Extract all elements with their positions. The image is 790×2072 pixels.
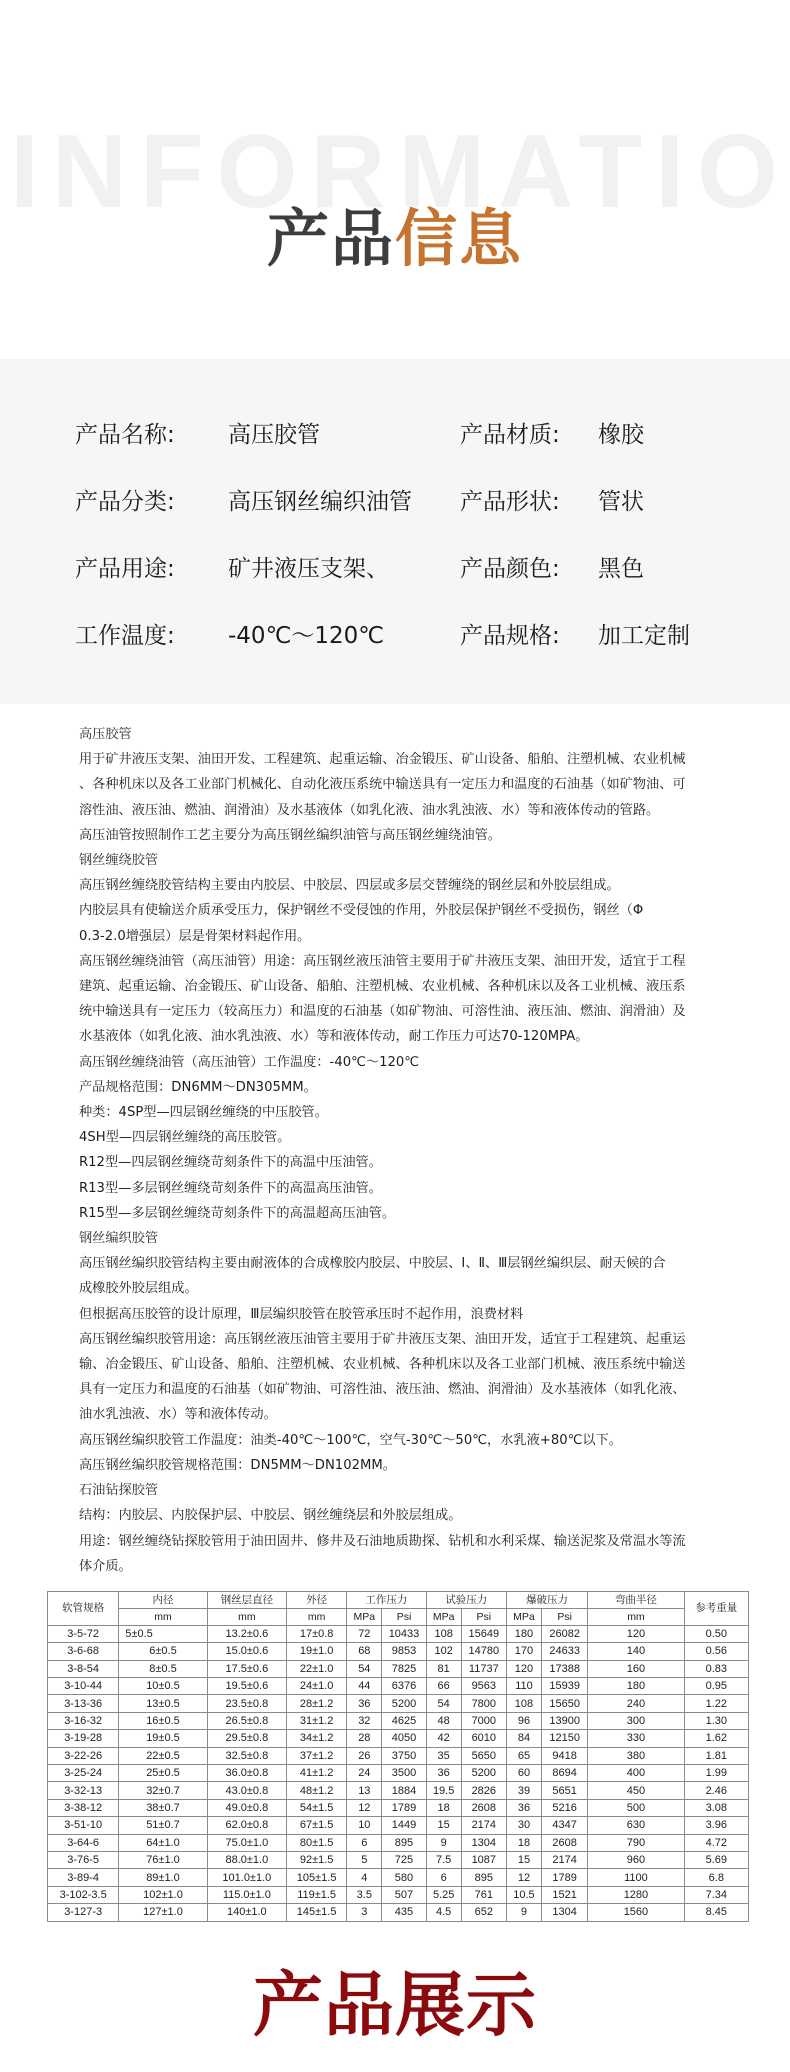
- table-row: 3-127-3127±1.0140±1.0145±1.534354.565291…: [48, 1904, 749, 1921]
- table-cell: 180: [506, 1625, 541, 1642]
- table-cell: 0.50: [684, 1625, 748, 1642]
- spec-label: 产品颜色:: [460, 550, 560, 583]
- unit-psi: Psi: [461, 1608, 506, 1625]
- table-cell: 3500: [382, 1765, 426, 1782]
- table-row: 3-22-2622±0.532.5±0.837±1.22637503556506…: [48, 1747, 749, 1764]
- table-cell: 28: [347, 1730, 382, 1747]
- table-cell: 895: [382, 1834, 426, 1851]
- info-hero: INFORMATION 产品信息: [0, 0, 790, 359]
- desc-line: 高压钢丝编织胶管用途：高压钢丝液压油管主要用于矿井液压支架、油田开发，适宜于工程…: [79, 1327, 730, 1352]
- col-header-test: 试验压力: [426, 1591, 506, 1608]
- table-body: 3-5-725±0.513.2±0.617±0.8721043310815649…: [48, 1625, 749, 1921]
- product-spec-panel: 产品名称: 高压胶管 产品材质: 橡胶 产品分类: 高压钢丝编织油管 产品形状:…: [0, 359, 790, 704]
- table-cell: 24: [347, 1765, 382, 1782]
- table-cell: 108: [426, 1625, 461, 1642]
- table-cell: 15939: [542, 1678, 588, 1695]
- table-cell: 32±0.7: [119, 1782, 207, 1799]
- table-cell: 140±1.0: [207, 1904, 286, 1921]
- desc-line: 高压钢丝缠绕油管（高压油管）工作温度：-40℃～120℃: [79, 1050, 730, 1075]
- table-cell: 54±1.5: [287, 1799, 347, 1816]
- table-cell: 3-19-28: [48, 1730, 119, 1747]
- table-cell: 127±1.0: [119, 1904, 207, 1921]
- table-cell: 13900: [542, 1712, 588, 1729]
- table-cell: 3-127-3: [48, 1904, 119, 1921]
- unit-psi: Psi: [382, 1608, 426, 1625]
- table-cell: 1.22: [684, 1695, 748, 1712]
- spec-value: 高压钢丝编织油管: [228, 483, 412, 516]
- table-cell: 120: [588, 1625, 684, 1642]
- table-cell: 26.5±0.8: [207, 1712, 286, 1729]
- table-cell: 140: [588, 1643, 684, 1660]
- table-cell: 17388: [542, 1660, 588, 1677]
- table-cell: 960: [588, 1851, 684, 1868]
- table-cell: 80±1.5: [287, 1834, 347, 1851]
- table-subheader-row: mm mm mm MPa Psi MPa Psi MPa Psi mm: [48, 1608, 749, 1625]
- table-cell: 3750: [382, 1747, 426, 1764]
- table-cell: 380: [588, 1747, 684, 1764]
- table-cell: 145±1.5: [287, 1904, 347, 1921]
- table-cell: 3-51-10: [48, 1817, 119, 1834]
- table-cell: 3-10-44: [48, 1678, 119, 1695]
- unit-mpa: MPa: [347, 1608, 382, 1625]
- table-cell: 1521: [542, 1886, 588, 1903]
- table-cell: 15650: [542, 1695, 588, 1712]
- table-cell: 13±0.5: [119, 1695, 207, 1712]
- table-cell: 15: [506, 1851, 541, 1868]
- table-cell: 25±0.5: [119, 1765, 207, 1782]
- table-cell: 102: [426, 1643, 461, 1660]
- table-cell: 1.99: [684, 1765, 748, 1782]
- table-cell: 13.2±0.6: [207, 1625, 286, 1642]
- table-cell: 75.0±1.0: [207, 1834, 286, 1851]
- table-row: 3-19-2819±0.529.5±0.834±1.22840504260108…: [48, 1730, 749, 1747]
- spec-label: 工作温度:: [75, 617, 175, 650]
- table-cell: 11737: [461, 1660, 506, 1677]
- table-cell: 895: [461, 1869, 506, 1886]
- table-cell: 1280: [588, 1886, 684, 1903]
- table-cell: 7800: [461, 1695, 506, 1712]
- table-cell: 400: [588, 1765, 684, 1782]
- table-cell: 9: [506, 1904, 541, 1921]
- table-cell: 39: [506, 1782, 541, 1799]
- table-cell: 3-6-68: [48, 1643, 119, 1660]
- desc-heading: 高压胶管: [79, 722, 730, 747]
- table-cell: 48±1.2: [287, 1782, 347, 1799]
- table-row: 3-6-686±0.515.0±0.619±1.0689853102147801…: [48, 1643, 749, 1660]
- table-cell: 6376: [382, 1678, 426, 1695]
- col-header-burst: 爆破压力: [506, 1591, 587, 1608]
- table-cell: 3.5: [347, 1886, 382, 1903]
- table-cell: 3.08: [684, 1799, 748, 1816]
- table-cell: 92±1.5: [287, 1851, 347, 1868]
- table-cell: 240: [588, 1695, 684, 1712]
- unit-mm: mm: [588, 1608, 684, 1625]
- table-cell: 7000: [461, 1712, 506, 1729]
- table-cell: 68: [347, 1643, 382, 1660]
- table-cell: 3-76-5: [48, 1851, 119, 1868]
- desc-heading: 钢丝缠绕胶管: [79, 848, 730, 873]
- table-cell: 15649: [461, 1625, 506, 1642]
- table-cell: 64±1.0: [119, 1834, 207, 1851]
- table-cell: 51±0.7: [119, 1817, 207, 1834]
- desc-line: 油水乳浊液、水）等和液体传动。: [79, 1402, 730, 1427]
- table-row: 3-8-548±0.517.5±0.622±1.0547825811173712…: [48, 1660, 749, 1677]
- table-cell: 29.5±0.8: [207, 1730, 286, 1747]
- table-cell: 9853: [382, 1643, 426, 1660]
- table-cell: 81: [426, 1660, 461, 1677]
- table-cell: 15.0±0.6: [207, 1643, 286, 1660]
- desc-line: 高压油管按照制作工艺主要分为高压钢丝编织油管与高压钢丝缠绕油管。: [79, 823, 730, 848]
- table-cell: 2608: [542, 1834, 588, 1851]
- section-title-accent: 信息: [395, 202, 523, 275]
- table-cell: 500: [588, 1799, 684, 1816]
- table-cell: 88.0±1.0: [207, 1851, 286, 1868]
- table-cell: 54: [347, 1660, 382, 1677]
- desc-line: 但根据高压胶管的设计原理，Ⅲ层编织胶管在胶管承压时不起作用，浪费材料: [79, 1302, 730, 1327]
- table-cell: 6: [347, 1834, 382, 1851]
- table-row: 3-5-725±0.513.2±0.617±0.8721043310815649…: [48, 1625, 749, 1642]
- table-cell: 41±1.2: [287, 1765, 347, 1782]
- desc-line: R12型—四层钢丝缠绕苛刻条件下的高温中压油管。: [79, 1150, 730, 1175]
- desc-line: 高压钢丝编织胶管结构主要由耐液体的合成橡胶内胶层、中胶层、Ⅰ、Ⅱ、Ⅲ层钢丝编织层…: [79, 1251, 730, 1276]
- unit-mpa: MPa: [426, 1608, 461, 1625]
- table-cell: 34±1.2: [287, 1730, 347, 1747]
- desc-line: 用途：钢丝缠绕钻探胶管用于油田固井、修井及石油地质勘探、钻机和水利采煤、输送泥浆…: [79, 1529, 730, 1554]
- table-cell: 96: [506, 1712, 541, 1729]
- desc-line: 高压钢丝缠绕胶管结构主要由内胶层、中胶层、四层或多层交替缠绕的钢丝层和外胶层组成…: [79, 873, 730, 898]
- table-cell: 17±0.8: [287, 1625, 347, 1642]
- spec-value: 加工定制: [598, 617, 690, 650]
- table-cell: 3-38-12: [48, 1799, 119, 1816]
- table-cell: 3-102-3.5: [48, 1886, 119, 1903]
- desc-line: 、各种机床以及各工业部门机械化、自动化液压系统中输送具有一定压力和温度的石油基（…: [79, 772, 730, 797]
- spec-value: 橡胶: [598, 416, 644, 449]
- spec-label: 产品材质:: [460, 416, 560, 449]
- table-cell: 3-13-36: [48, 1695, 119, 1712]
- table-cell: 9: [426, 1834, 461, 1851]
- table-cell: 65: [506, 1747, 541, 1764]
- spec-label: 产品规格:: [460, 617, 560, 650]
- table-cell: 6010: [461, 1730, 506, 1747]
- spec-table-container: 软管规格 内径 钢丝层直径 外径 工作压力 试验压力 爆破压力 弯曲半径 参考重…: [47, 1591, 749, 1922]
- table-cell: 10: [347, 1817, 382, 1834]
- desc-line: 高压钢丝缠绕油管（高压油管）用途：高压钢丝液压油管主要用于矿井液压支架、油田开发…: [79, 949, 730, 974]
- table-cell: 36: [426, 1765, 461, 1782]
- table-row: 3-89-489±1.0101.0±1.0105±1.5458068951217…: [48, 1869, 749, 1886]
- desc-line: 种类：4SP型—四层钢丝缠绕的中压胶管。: [79, 1100, 730, 1125]
- table-cell: 38±0.7: [119, 1799, 207, 1816]
- table-cell: 160: [588, 1660, 684, 1677]
- table-cell: 49.0±0.8: [207, 1799, 286, 1816]
- table-cell: 8694: [542, 1765, 588, 1782]
- table-row: 3-51-1051±0.762.0±0.867±1.51014491521743…: [48, 1817, 749, 1834]
- table-cell: 790: [588, 1834, 684, 1851]
- showcase-title: 产品展示: [0, 1970, 790, 2040]
- table-cell: 3-16-32: [48, 1712, 119, 1729]
- table-cell: 507: [382, 1886, 426, 1903]
- table-cell: 1449: [382, 1817, 426, 1834]
- table-cell: 761: [461, 1886, 506, 1903]
- spec-row: 产品分类: 高压钢丝编织油管 产品形状: 管状: [0, 483, 790, 523]
- unit-psi: Psi: [542, 1608, 588, 1625]
- spec-table: 软管规格 内径 钢丝层直径 外径 工作压力 试验压力 爆破压力 弯曲半径 参考重…: [47, 1591, 749, 1922]
- desc-line: 结构：内胶层、内胶保护层、中胶层、钢丝缠绕层和外胶层组成。: [79, 1503, 730, 1528]
- table-row: 3-25-2425±0.536.0±0.841±1.22435003652006…: [48, 1765, 749, 1782]
- spec-label: 产品名称:: [75, 416, 175, 449]
- unit-mm: mm: [207, 1608, 286, 1625]
- spec-row: 产品用途: 矿井液压支架、 产品颜色: 黑色: [0, 550, 790, 590]
- table-cell: 26082: [542, 1625, 588, 1642]
- table-cell: 10.5: [506, 1886, 541, 1903]
- table-row: 3-38-1238±0.749.0±0.854±1.51217891826083…: [48, 1799, 749, 1816]
- desc-heading: 石油钻探胶管: [79, 1478, 730, 1503]
- table-cell: 3-32-13: [48, 1782, 119, 1799]
- table-cell: 32.5±0.8: [207, 1747, 286, 1764]
- table-cell: 4625: [382, 1712, 426, 1729]
- table-cell: 4.72: [684, 1834, 748, 1851]
- table-cell: 5.25: [426, 1886, 461, 1903]
- product-showcase-header: 产品展示: [0, 1922, 790, 2072]
- table-cell: 2174: [461, 1817, 506, 1834]
- spec-row: 工作温度: -40℃～120℃ 产品规格: 加工定制: [0, 617, 790, 657]
- spec-label: 产品分类:: [75, 483, 175, 516]
- table-cell: 14780: [461, 1643, 506, 1660]
- table-cell: 5651: [542, 1782, 588, 1799]
- table-cell: 19±0.5: [119, 1730, 207, 1747]
- table-cell: 6.8: [684, 1869, 748, 1886]
- spec-row: 产品名称: 高压胶管 产品材质: 橡胶: [0, 416, 790, 456]
- table-cell: 13: [347, 1782, 382, 1799]
- table-cell: 5650: [461, 1747, 506, 1764]
- desc-line: 用于矿井液压支架、油田开发、工程建筑、起重运输、冶金锻压、矿山设备、船舶、注塑机…: [79, 747, 730, 772]
- table-cell: 5: [347, 1851, 382, 1868]
- table-cell: 16±0.5: [119, 1712, 207, 1729]
- spec-value: 矿井液压支架、: [228, 550, 389, 583]
- table-cell: 36: [347, 1695, 382, 1712]
- table-cell: 9418: [542, 1747, 588, 1764]
- desc-line: 内胶层具有使输送介质承受压力，保护钢丝不受侵蚀的作用，外胶层保护钢丝不受损伤，钢…: [79, 898, 730, 923]
- table-cell: 0.56: [684, 1643, 748, 1660]
- table-cell: 2608: [461, 1799, 506, 1816]
- table-cell: 12: [506, 1869, 541, 1886]
- table-cell: 3-64-6: [48, 1834, 119, 1851]
- table-cell: 3-22-26: [48, 1747, 119, 1764]
- col-header-weight: 参考重量: [684, 1591, 748, 1625]
- unit-mpa: MPa: [506, 1608, 541, 1625]
- section-title: 产品信息: [0, 208, 790, 270]
- table-cell: 1789: [382, 1799, 426, 1816]
- table-cell: 6±0.5: [119, 1643, 207, 1660]
- table-cell: 725: [382, 1851, 426, 1868]
- table-cell: 120: [506, 1660, 541, 1677]
- desc-line: 建筑、起重运输、冶金锻压、矿山设备、船舶、注塑机械、农业机械、各种机床以及各工业…: [79, 974, 730, 999]
- col-header-outer: 外径: [287, 1591, 347, 1608]
- unit-mm: mm: [119, 1608, 207, 1625]
- table-row: 3-13-3613±0.523.5±0.828±1.23652005478001…: [48, 1695, 749, 1712]
- table-cell: 101.0±1.0: [207, 1869, 286, 1886]
- table-cell: 5200: [461, 1765, 506, 1782]
- table-cell: 630: [588, 1817, 684, 1834]
- table-cell: 19±1.0: [287, 1643, 347, 1660]
- table-cell: 180: [588, 1678, 684, 1695]
- table-cell: 7.34: [684, 1886, 748, 1903]
- col-header-inner: 内径: [119, 1591, 207, 1608]
- desc-line: 水基液体（如乳化液、油水乳浊液、水）等和液体传动，耐工作压力可达70-120MP…: [79, 1024, 730, 1049]
- col-header-working: 工作压力: [347, 1591, 426, 1608]
- table-row: 3-102-3.5102±1.0115.0±1.0119±1.53.55075.…: [48, 1886, 749, 1903]
- table-cell: 26: [347, 1747, 382, 1764]
- table-cell: 35: [426, 1747, 461, 1764]
- table-cell: 4050: [382, 1730, 426, 1747]
- table-cell: 60: [506, 1765, 541, 1782]
- table-cell: 72: [347, 1625, 382, 1642]
- table-cell: 0.83: [684, 1660, 748, 1677]
- table-cell: 119±1.5: [287, 1886, 347, 1903]
- table-cell: 1.62: [684, 1730, 748, 1747]
- table-cell: 1560: [588, 1904, 684, 1921]
- table-cell: 170: [506, 1643, 541, 1660]
- table-cell: 62.0±0.8: [207, 1817, 286, 1834]
- table-row: 3-64-664±1.075.0±1.080±1.568959130418260…: [48, 1834, 749, 1851]
- table-cell: 66: [426, 1678, 461, 1695]
- table-cell: 76±1.0: [119, 1851, 207, 1868]
- table-cell: 12150: [542, 1730, 588, 1747]
- table-cell: 37±1.2: [287, 1747, 347, 1764]
- table-cell: 24633: [542, 1643, 588, 1660]
- desc-line: 高压钢丝编织胶管工作温度：油类-40℃～100℃，空气-30℃～50℃，水乳液+…: [79, 1428, 730, 1453]
- table-row: 3-76-576±1.088.0±1.092±1.557257.51087152…: [48, 1851, 749, 1868]
- table-cell: 36.0±0.8: [207, 1765, 286, 1782]
- table-cell: 652: [461, 1904, 506, 1921]
- table-cell: 67±1.5: [287, 1817, 347, 1834]
- desc-line: 高压钢丝编织胶管规格范围：DN5MM～DN102MM。: [79, 1453, 730, 1478]
- desc-line: 4SH型—四层钢丝缠绕的高压胶管。: [79, 1125, 730, 1150]
- table-cell: 44: [347, 1678, 382, 1695]
- table-cell: 3-25-24: [48, 1765, 119, 1782]
- table-cell: 17.5±0.6: [207, 1660, 286, 1677]
- table-cell: 42: [426, 1730, 461, 1747]
- table-cell: 24±1.0: [287, 1678, 347, 1695]
- desc-heading: 钢丝编织胶管: [79, 1226, 730, 1251]
- table-cell: 7.5: [426, 1851, 461, 1868]
- table-cell: 18: [506, 1834, 541, 1851]
- table-cell: 300: [588, 1712, 684, 1729]
- table-cell: 110: [506, 1678, 541, 1695]
- col-header-wire: 钢丝层直径: [207, 1591, 286, 1608]
- table-cell: 15: [426, 1817, 461, 1834]
- table-cell: 54: [426, 1695, 461, 1712]
- table-cell: 3: [347, 1904, 382, 1921]
- table-cell: 5±0.5: [119, 1625, 207, 1642]
- table-cell: 31±1.2: [287, 1712, 347, 1729]
- table-cell: 48: [426, 1712, 461, 1729]
- table-cell: 1884: [382, 1782, 426, 1799]
- table-cell: 19.5: [426, 1782, 461, 1799]
- table-cell: 1087: [461, 1851, 506, 1868]
- table-row: 3-32-1332±0.743.0±0.848±1.213188419.5282…: [48, 1782, 749, 1799]
- col-header-bend: 弯曲半径: [588, 1591, 684, 1608]
- spec-label: 产品形状:: [460, 483, 560, 516]
- table-cell: 28±1.2: [287, 1695, 347, 1712]
- desc-line: 具有一定压力和温度的石油基（如矿物油、可溶性油、液压油、燃油、润滑油）及水基液体…: [79, 1377, 730, 1402]
- table-cell: 6: [426, 1869, 461, 1886]
- product-description: 高压胶管 用于矿井液压支架、油田开发、工程建筑、起重运输、冶金锻压、矿山设备、船…: [0, 704, 730, 1579]
- table-cell: 8.45: [684, 1904, 748, 1921]
- table-cell: 105±1.5: [287, 1869, 347, 1886]
- table-cell: 3-89-4: [48, 1869, 119, 1886]
- desc-line: R13型—多层钢丝缠绕苛刻条件下的高温高压油管。: [79, 1176, 730, 1201]
- table-cell: 435: [382, 1904, 426, 1921]
- table-cell: 2174: [542, 1851, 588, 1868]
- table-cell: 580: [382, 1869, 426, 1886]
- desc-line: 输、冶金锻压、矿山设备、船舶、注塑机械、农业机械、各种机床以及各工业部门机械、液…: [79, 1352, 730, 1377]
- table-cell: 3-5-72: [48, 1625, 119, 1642]
- spec-value: -40℃～120℃: [228, 617, 384, 650]
- table-cell: 1789: [542, 1869, 588, 1886]
- table-cell: 30: [506, 1817, 541, 1834]
- table-cell: 32: [347, 1712, 382, 1729]
- table-cell: 22±0.5: [119, 1747, 207, 1764]
- table-cell: 22±1.0: [287, 1660, 347, 1677]
- table-cell: 10433: [382, 1625, 426, 1642]
- table-cell: 7825: [382, 1660, 426, 1677]
- table-cell: 10±0.5: [119, 1678, 207, 1695]
- table-cell: 2.46: [684, 1782, 748, 1799]
- table-cell: 4.5: [426, 1904, 461, 1921]
- desc-line: 成橡胶外胶层组成。: [79, 1276, 730, 1301]
- table-header-row: 软管规格 内径 钢丝层直径 外径 工作压力 试验压力 爆破压力 弯曲半径 参考重…: [48, 1591, 749, 1608]
- table-cell: 0.95: [684, 1678, 748, 1695]
- desc-line: 产品规格范围：DN6MM～DN305MM。: [79, 1075, 730, 1100]
- table-cell: 9563: [461, 1678, 506, 1695]
- section-title-dark: 产品: [267, 202, 395, 275]
- table-cell: 102±1.0: [119, 1886, 207, 1903]
- table-cell: 4: [347, 1869, 382, 1886]
- desc-line: 溶性油、液压油、燃油、润滑油）及水基液体（如乳化液、油水乳浊液、水）等和液体传动…: [79, 798, 730, 823]
- spec-value: 黑色: [598, 550, 644, 583]
- table-cell: 89±1.0: [119, 1869, 207, 1886]
- table-cell: 5200: [382, 1695, 426, 1712]
- table-cell: 450: [588, 1782, 684, 1799]
- table-cell: 36: [506, 1799, 541, 1816]
- table-cell: 3-8-54: [48, 1660, 119, 1677]
- col-header-spec: 软管规格: [48, 1591, 119, 1625]
- table-cell: 115.0±1.0: [207, 1886, 286, 1903]
- desc-line: 0.3-2.0增强层）层是骨架材料起作用。: [79, 924, 730, 949]
- spec-label: 产品用途:: [75, 550, 175, 583]
- table-cell: 3.96: [684, 1817, 748, 1834]
- table-cell: 330: [588, 1730, 684, 1747]
- desc-line: 统中输送具有一定压力（较高压力）和温度的石油基（如矿物油、可溶性油、液压油、燃油…: [79, 999, 730, 1024]
- desc-line: R15型—多层钢丝缠绕苛刻条件下的高温超高压油管。: [79, 1201, 730, 1226]
- table-row: 3-16-3216±0.526.5±0.831±1.23246254870009…: [48, 1712, 749, 1729]
- table-cell: 8±0.5: [119, 1660, 207, 1677]
- table-cell: 108: [506, 1695, 541, 1712]
- table-cell: 12: [347, 1799, 382, 1816]
- table-cell: 1304: [461, 1834, 506, 1851]
- table-cell: 1.30: [684, 1712, 748, 1729]
- table-cell: 19.5±0.6: [207, 1678, 286, 1695]
- table-cell: 1.81: [684, 1747, 748, 1764]
- table-cell: 1304: [542, 1904, 588, 1921]
- table-cell: 18: [426, 1799, 461, 1816]
- table-cell: 2826: [461, 1782, 506, 1799]
- table-cell: 23.5±0.8: [207, 1695, 286, 1712]
- table-cell: 1100: [588, 1869, 684, 1886]
- table-cell: 84: [506, 1730, 541, 1747]
- unit-mm: mm: [287, 1608, 347, 1625]
- spec-value: 管状: [598, 483, 644, 516]
